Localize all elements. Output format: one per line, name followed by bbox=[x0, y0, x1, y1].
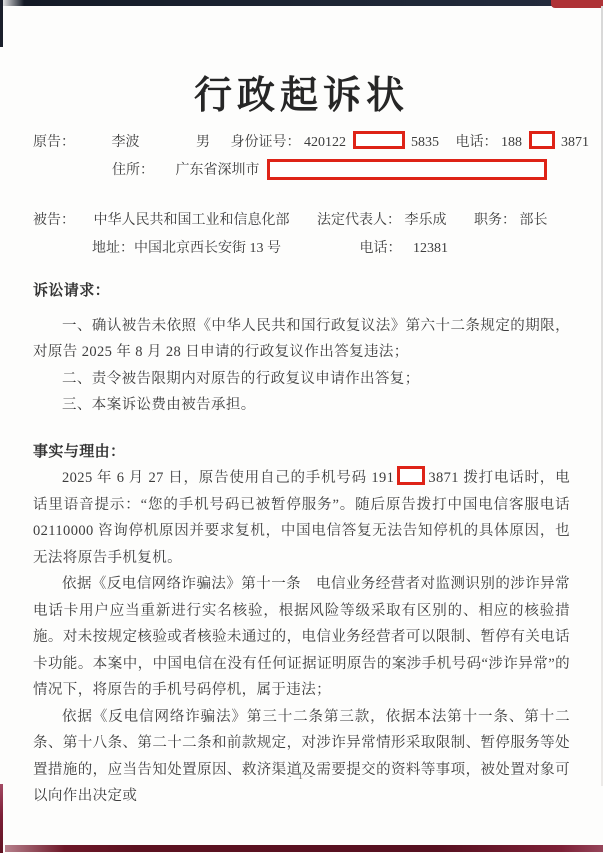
facts-heading: 事实与理由： bbox=[33, 439, 570, 466]
plaintiff-gender: 男 bbox=[196, 131, 210, 151]
scan-corner-red-mark bbox=[551, 0, 603, 8]
plaintiff-id-prefix: 420122 bbox=[304, 135, 346, 151]
plaintiff-phone-suffix: 3871 bbox=[561, 135, 589, 151]
redaction-box-phone bbox=[529, 131, 555, 149]
plaintiff-row: 原告： 李波 男 身份证号： 420122 5835 电话： 188 3871 bbox=[33, 131, 578, 151]
redaction-box-address bbox=[267, 159, 547, 180]
defendant-phone-label: 电话： bbox=[360, 237, 402, 257]
plaintiff-address-prefix: 广东省深圳市 bbox=[176, 159, 260, 179]
plaintiff-id-label: 身份证号： bbox=[231, 131, 301, 151]
claims-heading: 诉讼请求： bbox=[33, 278, 570, 305]
defendant-phone-value: 12381 bbox=[413, 241, 448, 257]
facts-paragraph-2: 依据《反电信网络诈骗法》第十一条 电信业务经营者对监测识别的涉诈异常电话卡用户应… bbox=[33, 571, 570, 704]
facts-paragraph-3: 依据《反电信网络诈骗法》第三十二条第三款，依据本法第十一条、第十二条、第十八条、… bbox=[33, 704, 570, 810]
defendant-rep-label: 法定代表人： bbox=[317, 209, 401, 229]
plaintiff-address-label: 住所： bbox=[112, 159, 154, 179]
redaction-box-mobile-number bbox=[397, 466, 425, 485]
scan-edge-left-bottom bbox=[0, 784, 3, 853]
plaintiff-label: 原告： bbox=[33, 131, 75, 151]
document-body: 诉讼请求： 一、确认被告未依照《中华人民共和国行政复议法》第六十二条规定的期限，… bbox=[33, 278, 570, 810]
claim-item-3: 三、本案诉讼费由被告承担。 bbox=[33, 392, 570, 419]
plaintiff-phone-label: 电话： bbox=[456, 131, 498, 151]
scan-edge-left-top bbox=[0, 0, 3, 47]
scan-edge-bottom bbox=[5, 845, 603, 852]
defendant-row: 被告： 中华人民共和国工业和信息化部 法定代表人： 李乐成 职务： 部长 bbox=[33, 209, 578, 229]
document-title: 行政起诉状 bbox=[0, 64, 603, 119]
defendant-label: 被告： bbox=[33, 209, 75, 229]
page-number: - 1 - bbox=[0, 771, 603, 782]
plaintiff-name: 李波 bbox=[112, 131, 140, 151]
defendant-rep-name: 李乐成 bbox=[405, 209, 447, 229]
claim-item-1: 一、确认被告未依照《中华人民共和国行政复议法》第六十二条规定的期限，对原告 20… bbox=[33, 313, 570, 366]
defendant-address: 地址：中国北京西长安街 13 号 bbox=[92, 237, 281, 257]
plaintiff-id-suffix: 5835 bbox=[411, 135, 439, 151]
plaintiff-phone-prefix: 188 bbox=[501, 135, 522, 151]
defendant-title-value: 部长 bbox=[520, 209, 548, 229]
facts-para1-before: 2025 年 6 月 27 日，原告使用自己的手机号码 191 bbox=[62, 470, 394, 486]
scan-edge-top bbox=[0, 0, 603, 6]
defendant-name: 中华人民共和国工业和信息化部 bbox=[94, 209, 290, 229]
facts-paragraph-1: 2025 年 6 月 27 日，原告使用自己的手机号码 1913871 拨打电话… bbox=[33, 465, 570, 571]
claim-item-2: 二、责令被告限期内对原告的行政复议申请作出答复； bbox=[33, 366, 570, 393]
scanned-document-page: 行政起诉状 原告： 李波 男 身份证号： 420122 5835 电话： 188… bbox=[0, 0, 603, 853]
plaintiff-address-row: 住所： 广东省深圳市 bbox=[33, 159, 578, 180]
defendant-address-row: 地址：中国北京西长安街 13 号 电话： 12381 bbox=[33, 237, 578, 257]
redaction-box-id-number bbox=[353, 131, 405, 149]
defendant-title-label: 职务： bbox=[474, 209, 516, 229]
